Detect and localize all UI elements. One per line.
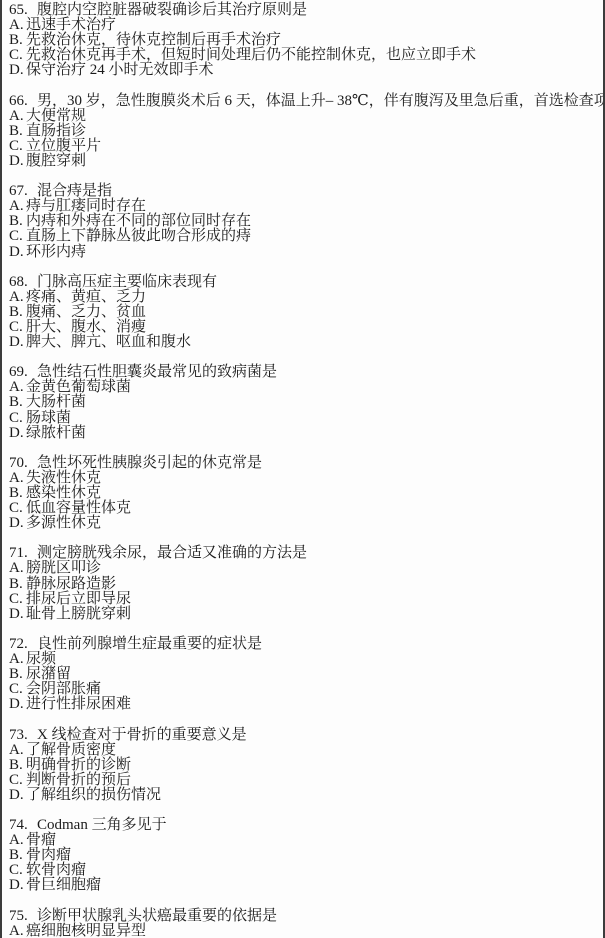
- question-text: 测定膀胱残余尿，最合适又准确的方法是: [37, 545, 307, 561]
- option-label: C.: [9, 682, 26, 697]
- option-text: 低血容量性体克: [26, 500, 131, 516]
- option-text: 迅速手术治疗: [26, 17, 116, 33]
- question-stem: 70.急性坏死性胰腺炎引起的休克常是: [9, 456, 599, 471]
- option-text: 进行性排尿困难: [26, 696, 131, 712]
- question-text: 急性结石性胆囊炎最常见的致病菌是: [37, 364, 277, 380]
- option-label: D.: [9, 154, 26, 169]
- option-label: B.: [9, 33, 26, 48]
- question-number: 68.: [9, 275, 37, 290]
- answer-option: A.迅速手术治疗: [9, 18, 599, 33]
- answer-option: A.失液性休克: [9, 471, 599, 486]
- answer-option: B.尿潴留: [9, 667, 599, 682]
- option-label: C.: [9, 411, 26, 426]
- question-number: 70.: [9, 456, 37, 471]
- answer-option: B.静脉尿路造影: [9, 577, 599, 592]
- option-text: 尿潴留: [26, 666, 71, 682]
- option-label: C.: [9, 48, 26, 63]
- option-text: 骨肉瘤: [26, 847, 71, 863]
- question-number: 72.: [9, 637, 37, 652]
- option-text: 癌细胞核明显异型: [26, 923, 146, 938]
- answer-option: B.腹痛、乏力、贫血: [9, 305, 599, 320]
- answer-option: D.了解组织的损伤情况: [9, 788, 599, 803]
- question-stem: 74.Codman 三角多见于: [9, 818, 599, 833]
- answer-option: A.癌细胞核明显异型: [9, 924, 599, 938]
- option-label: D.: [9, 335, 26, 350]
- question-block: 70.急性坏死性胰腺炎引起的休克常是 A.失液性休克B.感染性休克C.低血容量性…: [9, 456, 599, 531]
- option-label: C.: [9, 592, 26, 607]
- option-label: A.: [9, 471, 26, 486]
- answer-option: D.进行性排尿困难: [9, 697, 599, 712]
- question-text: X 线检查对于骨折的重要意义是: [37, 727, 247, 743]
- question-text: 男，30 岁，急性腹膜炎术后 6 天，体温上升– 38℃，伴有腹泻及里急后重，首…: [37, 93, 605, 109]
- answer-option: B.直肠指诊: [9, 124, 599, 139]
- answer-option: B.骨肉瘤: [9, 848, 599, 863]
- option-text: 金黄色葡萄球菌: [26, 379, 131, 395]
- option-text: 疼痛、黄疸、乏力: [26, 289, 146, 305]
- question-number: 75.: [9, 909, 37, 924]
- option-label: D.: [9, 245, 26, 260]
- option-text: 肠球菌: [26, 410, 71, 426]
- answer-option: C.排尿后立即导尿: [9, 592, 599, 607]
- option-text: 环形内痔: [26, 244, 86, 260]
- question-stem: 72.良性前列腺增生症最重要的症状是: [9, 637, 599, 652]
- option-label: A.: [9, 109, 26, 124]
- option-label: A.: [9, 199, 26, 214]
- question-block: 71.测定膀胱残余尿，最合适又准确的方法是 A.膀胱区叩诊B.静脉尿路造影C.排…: [9, 546, 599, 621]
- option-text: 明确骨折的诊断: [26, 757, 131, 773]
- option-label: D.: [9, 788, 26, 803]
- answer-option: D.骨巨细胞瘤: [9, 878, 599, 893]
- question-block: 66.男，30 岁，急性腹膜炎术后 6 天，体温上升– 38℃，伴有腹泻及里急后…: [9, 94, 599, 169]
- option-text: 了解骨质密度: [26, 742, 116, 758]
- option-label: C.: [9, 229, 26, 244]
- option-text: 立位腹平片: [26, 138, 101, 154]
- answer-option: B.感染性休克: [9, 486, 599, 501]
- option-text: 判断骨折的预后: [26, 772, 131, 788]
- answer-option: D.腹腔穿刺: [9, 154, 599, 169]
- option-text: 腹痛、乏力、贫血: [26, 304, 146, 320]
- option-label: A.: [9, 743, 26, 758]
- option-label: B.: [9, 395, 26, 410]
- answer-option: D.耻骨上膀胱穿刺: [9, 607, 599, 622]
- option-text: 多源性休克: [26, 515, 101, 531]
- question-stem: 68.门脉高压症主要临床表现有: [9, 275, 599, 290]
- option-label: A.: [9, 924, 26, 938]
- option-label: B.: [9, 758, 26, 773]
- option-label: A.: [9, 561, 26, 576]
- option-text: 感染性休克: [26, 485, 101, 501]
- answer-option: C.肠球菌: [9, 411, 599, 426]
- question-text: 门脉高压症主要临床表现有: [37, 274, 217, 290]
- option-text: 软骨肉瘤: [26, 862, 86, 878]
- option-label: B.: [9, 124, 26, 139]
- answer-option: A.尿频: [9, 652, 599, 667]
- question-stem: 67.混合痔是指: [9, 184, 599, 199]
- option-text: 直肠指诊: [26, 123, 86, 139]
- option-label: B.: [9, 305, 26, 320]
- option-label: B.: [9, 848, 26, 863]
- option-text: 痔与肛瘘同时存在: [26, 198, 146, 214]
- option-text: 内痔和外痔在不同的部位同时存在: [26, 213, 251, 229]
- option-text: 失液性休克: [26, 470, 101, 486]
- question-number: 74.: [9, 818, 37, 833]
- question-text: 腹腔内空腔脏器破裂确诊后其治疗原则是: [37, 2, 307, 18]
- option-label: A.: [9, 833, 26, 848]
- option-label: A.: [9, 290, 26, 305]
- option-label: D.: [9, 697, 26, 712]
- question-number: 65.: [9, 3, 37, 18]
- answer-option: B.大肠杆菌: [9, 395, 599, 410]
- answer-option: C.低血容量性体克: [9, 501, 599, 516]
- answer-option: D.环形内痔: [9, 245, 599, 260]
- question-number: 66.: [9, 94, 37, 109]
- option-label: D.: [9, 426, 26, 441]
- option-text: 会阴部胀痛: [26, 681, 101, 697]
- question-text: 混合痔是指: [37, 183, 112, 199]
- option-label: D.: [9, 607, 26, 622]
- option-text: 耻骨上膀胱穿刺: [26, 606, 131, 622]
- question-text: 良性前列腺增生症最重要的症状是: [37, 636, 262, 652]
- question-stem: 73.X 线检查对于骨折的重要意义是: [9, 728, 599, 743]
- answer-option: A.金黄色葡萄球菌: [9, 380, 599, 395]
- answer-option: A.了解骨质密度: [9, 743, 599, 758]
- option-text: 肝大、腹水、消瘦: [26, 319, 146, 335]
- answer-option: C.判断骨折的预后: [9, 773, 599, 788]
- option-text: 大便常规: [26, 108, 86, 124]
- option-label: C.: [9, 320, 26, 335]
- option-label: C.: [9, 501, 26, 516]
- question-block: 75.诊断甲状腺乳头状癌最重要的依据是 A.癌细胞核明显异型: [9, 909, 599, 938]
- option-text: 保守治疗 24 小时无效即手术: [26, 62, 214, 78]
- answer-option: C.肝大、腹水、消瘦: [9, 320, 599, 335]
- answer-option: A.大便常规: [9, 109, 599, 124]
- answer-option: C.立位腹平片: [9, 139, 599, 154]
- question-block: 68.门脉高压症主要临床表现有 A.疼痛、黄疸、乏力B.腹痛、乏力、贫血C.肝大…: [9, 275, 599, 350]
- question-stem: 65.腹腔内空腔脏器破裂确诊后其治疗原则是: [9, 3, 599, 18]
- option-label: A.: [9, 18, 26, 33]
- option-label: D.: [9, 516, 26, 531]
- answer-option: D.保守治疗 24 小时无效即手术: [9, 63, 599, 78]
- question-text: Codman 三角多见于: [37, 817, 167, 833]
- option-label: C.: [9, 139, 26, 154]
- question-block: 69.急性结石性胆囊炎最常见的致病菌是 A.金黄色葡萄球菌B.大肠杆菌C.肠球菌…: [9, 365, 599, 440]
- question-block: 67.混合痔是指 A.痔与肛瘘同时存在B.内痔和外痔在不同的部位同时存在C.直肠…: [9, 184, 599, 259]
- answer-option: C.直肠上下静脉丛彼此吻合形成的痔: [9, 229, 599, 244]
- answer-option: A.骨瘤: [9, 833, 599, 848]
- option-text: 膀胱区叩诊: [26, 560, 101, 576]
- question-text: 急性坏死性胰腺炎引起的休克常是: [37, 455, 262, 471]
- answer-option: A.疼痛、黄疸、乏力: [9, 290, 599, 305]
- question-stem: 75.诊断甲状腺乳头状癌最重要的依据是: [9, 909, 599, 924]
- option-label: A.: [9, 652, 26, 667]
- question-number: 73.: [9, 728, 37, 743]
- option-text: 先救治休克，待休克控制后再手术治疗: [26, 32, 281, 48]
- question-stem: 66.男，30 岁，急性腹膜炎术后 6 天，体温上升– 38℃，伴有腹泻及里急后…: [9, 94, 599, 109]
- question-block: 73.X 线检查对于骨折的重要意义是 A.了解骨质密度B.明确骨折的诊断C.判断…: [9, 728, 599, 803]
- exam-page: 65.腹腔内空腔脏器破裂确诊后其治疗原则是 A.迅速手术治疗B.先救治休克，待休…: [0, 0, 605, 938]
- option-text: 直肠上下静脉丛彼此吻合形成的痔: [26, 228, 251, 244]
- answer-option: B.明确骨折的诊断: [9, 758, 599, 773]
- option-label: A.: [9, 380, 26, 395]
- option-label: C.: [9, 773, 26, 788]
- option-text: 腹腔穿刺: [26, 153, 86, 169]
- option-label: B.: [9, 486, 26, 501]
- option-text: 脾大、脾亢、呕血和腹水: [26, 334, 191, 350]
- option-text: 骨瘤: [26, 832, 56, 848]
- option-label: D.: [9, 878, 26, 893]
- option-text: 大肠杆菌: [26, 394, 86, 410]
- answer-option: D.脾大、脾亢、呕血和腹水: [9, 335, 599, 350]
- option-label: B.: [9, 214, 26, 229]
- option-text: 了解组织的损伤情况: [26, 787, 161, 803]
- answer-option: A.膀胱区叩诊: [9, 561, 599, 576]
- question-block: 74.Codman 三角多见于 A.骨瘤B.骨肉瘤C.软骨肉瘤D.骨巨细胞瘤: [9, 818, 599, 893]
- question-block: 65.腹腔内空腔脏器破裂确诊后其治疗原则是 A.迅速手术治疗B.先救治休克，待休…: [9, 3, 599, 78]
- question-text: 诊断甲状腺乳头状癌最重要的依据是: [37, 908, 277, 924]
- answer-option: D.绿脓杆菌: [9, 426, 599, 441]
- answer-option: D.多源性休克: [9, 516, 599, 531]
- option-text: 先救治休克再手术，但短时间处理后仍不能控制休克，也应立即手术: [26, 47, 476, 63]
- question-number: 67.: [9, 184, 37, 199]
- option-label: C.: [9, 863, 26, 878]
- option-label: D.: [9, 63, 26, 78]
- option-text: 静脉尿路造影: [26, 576, 116, 592]
- question-block: 72.良性前列腺增生症最重要的症状是 A.尿频B.尿潴留C.会阴部胀痛D.进行性…: [9, 637, 599, 712]
- option-label: B.: [9, 577, 26, 592]
- option-text: 排尿后立即导尿: [26, 591, 131, 607]
- option-text: 尿频: [26, 651, 56, 667]
- option-text: 绿脓杆菌: [26, 425, 86, 441]
- option-label: B.: [9, 667, 26, 682]
- option-text: 骨巨细胞瘤: [26, 877, 101, 893]
